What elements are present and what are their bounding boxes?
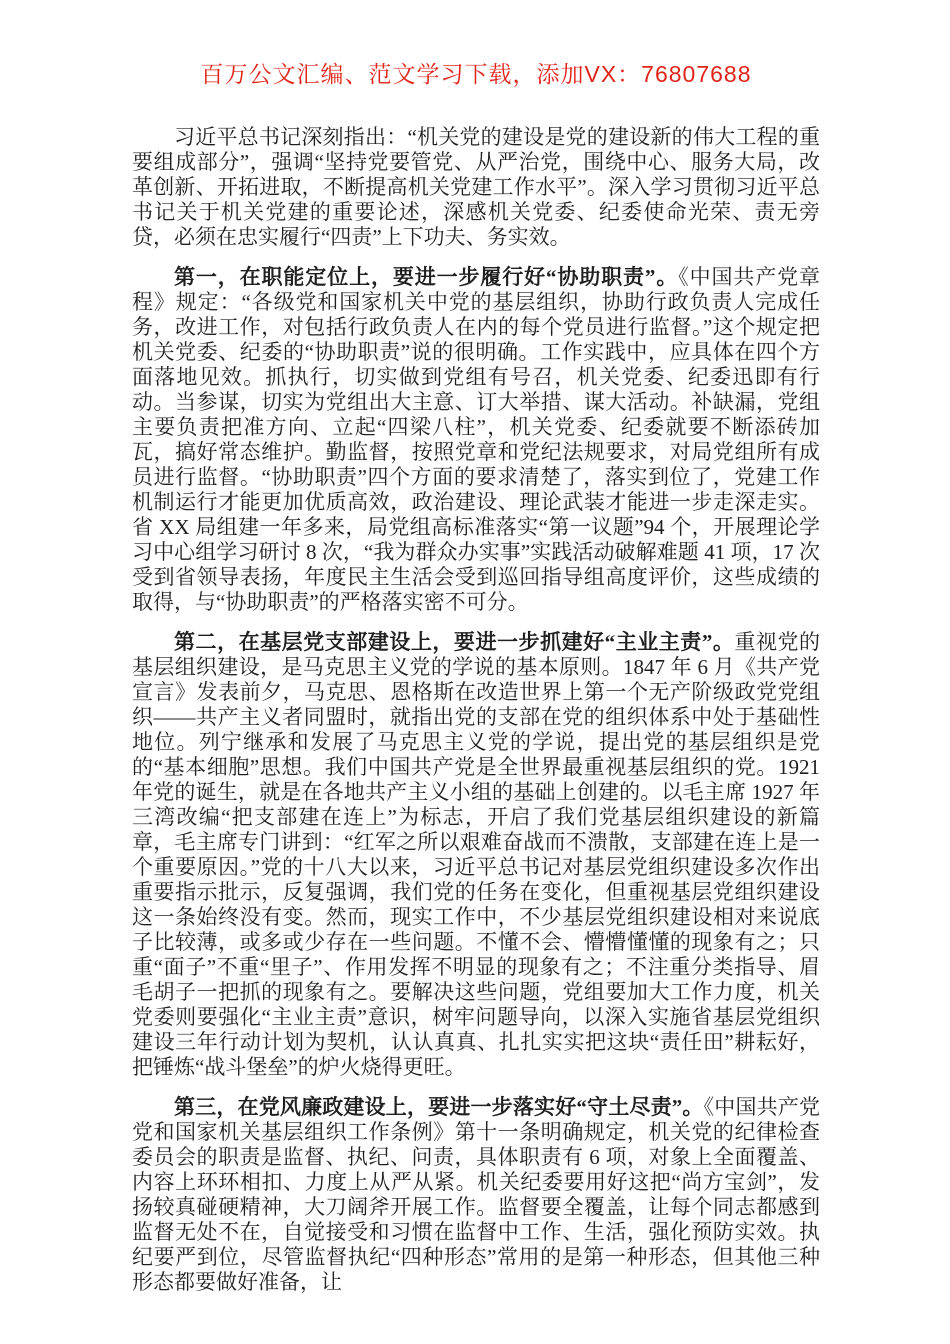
paragraph-lead: 第一，在职能定位上，要进一步履行好“协助职责”。 <box>174 265 678 289</box>
document-page: 百万公文汇编、范文学习下载，添加VX：76807688 习近平总书记深刻指出：“… <box>0 0 950 1344</box>
promo-header: 百万公文汇编、范文学习下载，添加VX：76807688 <box>132 62 820 87</box>
paragraph: 第一，在职能定位上，要进一步履行好“协助职责”。《中国共产党章程》规定：“各级党… <box>132 265 820 615</box>
paragraph: 习近平总书记深刻指出：“机关党的建设是党的建设新的伟大工程的重要组成部分”，强调… <box>132 125 820 250</box>
paragraph-text: 习近平总书记深刻指出：“机关党的建设是党的建设新的伟大工程的重要组成部分”，强调… <box>132 125 820 249</box>
paragraph: 第三，在党风廉政建设上，要进一步落实好“守土尽责”。《中国共产党党和国家机关基层… <box>132 1095 820 1295</box>
paragraph-lead: 第三，在党风廉政建设上，要进一步落实好“守土尽责”。 <box>174 1095 704 1119</box>
paragraph: 第二，在基层党支部建设上，要进一步抓建好“主业主责”。重视党的基层组织建设，是马… <box>132 630 820 1080</box>
paragraph-lead: 第二，在基层党支部建设上，要进一步抓建好“主业主责”。 <box>174 630 734 654</box>
paragraph-text: 重视党的基层组织建设，是马克思主义党的学说的基本原则。1847 年 6 月《共产… <box>132 630 820 1079</box>
paragraph-text: 《中国共产党章程》规定：“各级党和国家机关中党的基层组织，协助行政负责人完成任务… <box>132 265 820 614</box>
paragraph-text: 《中国共产党党和国家机关基层组织工作条例》第十一条明确规定，机关党的纪律检查委员… <box>132 1095 820 1294</box>
